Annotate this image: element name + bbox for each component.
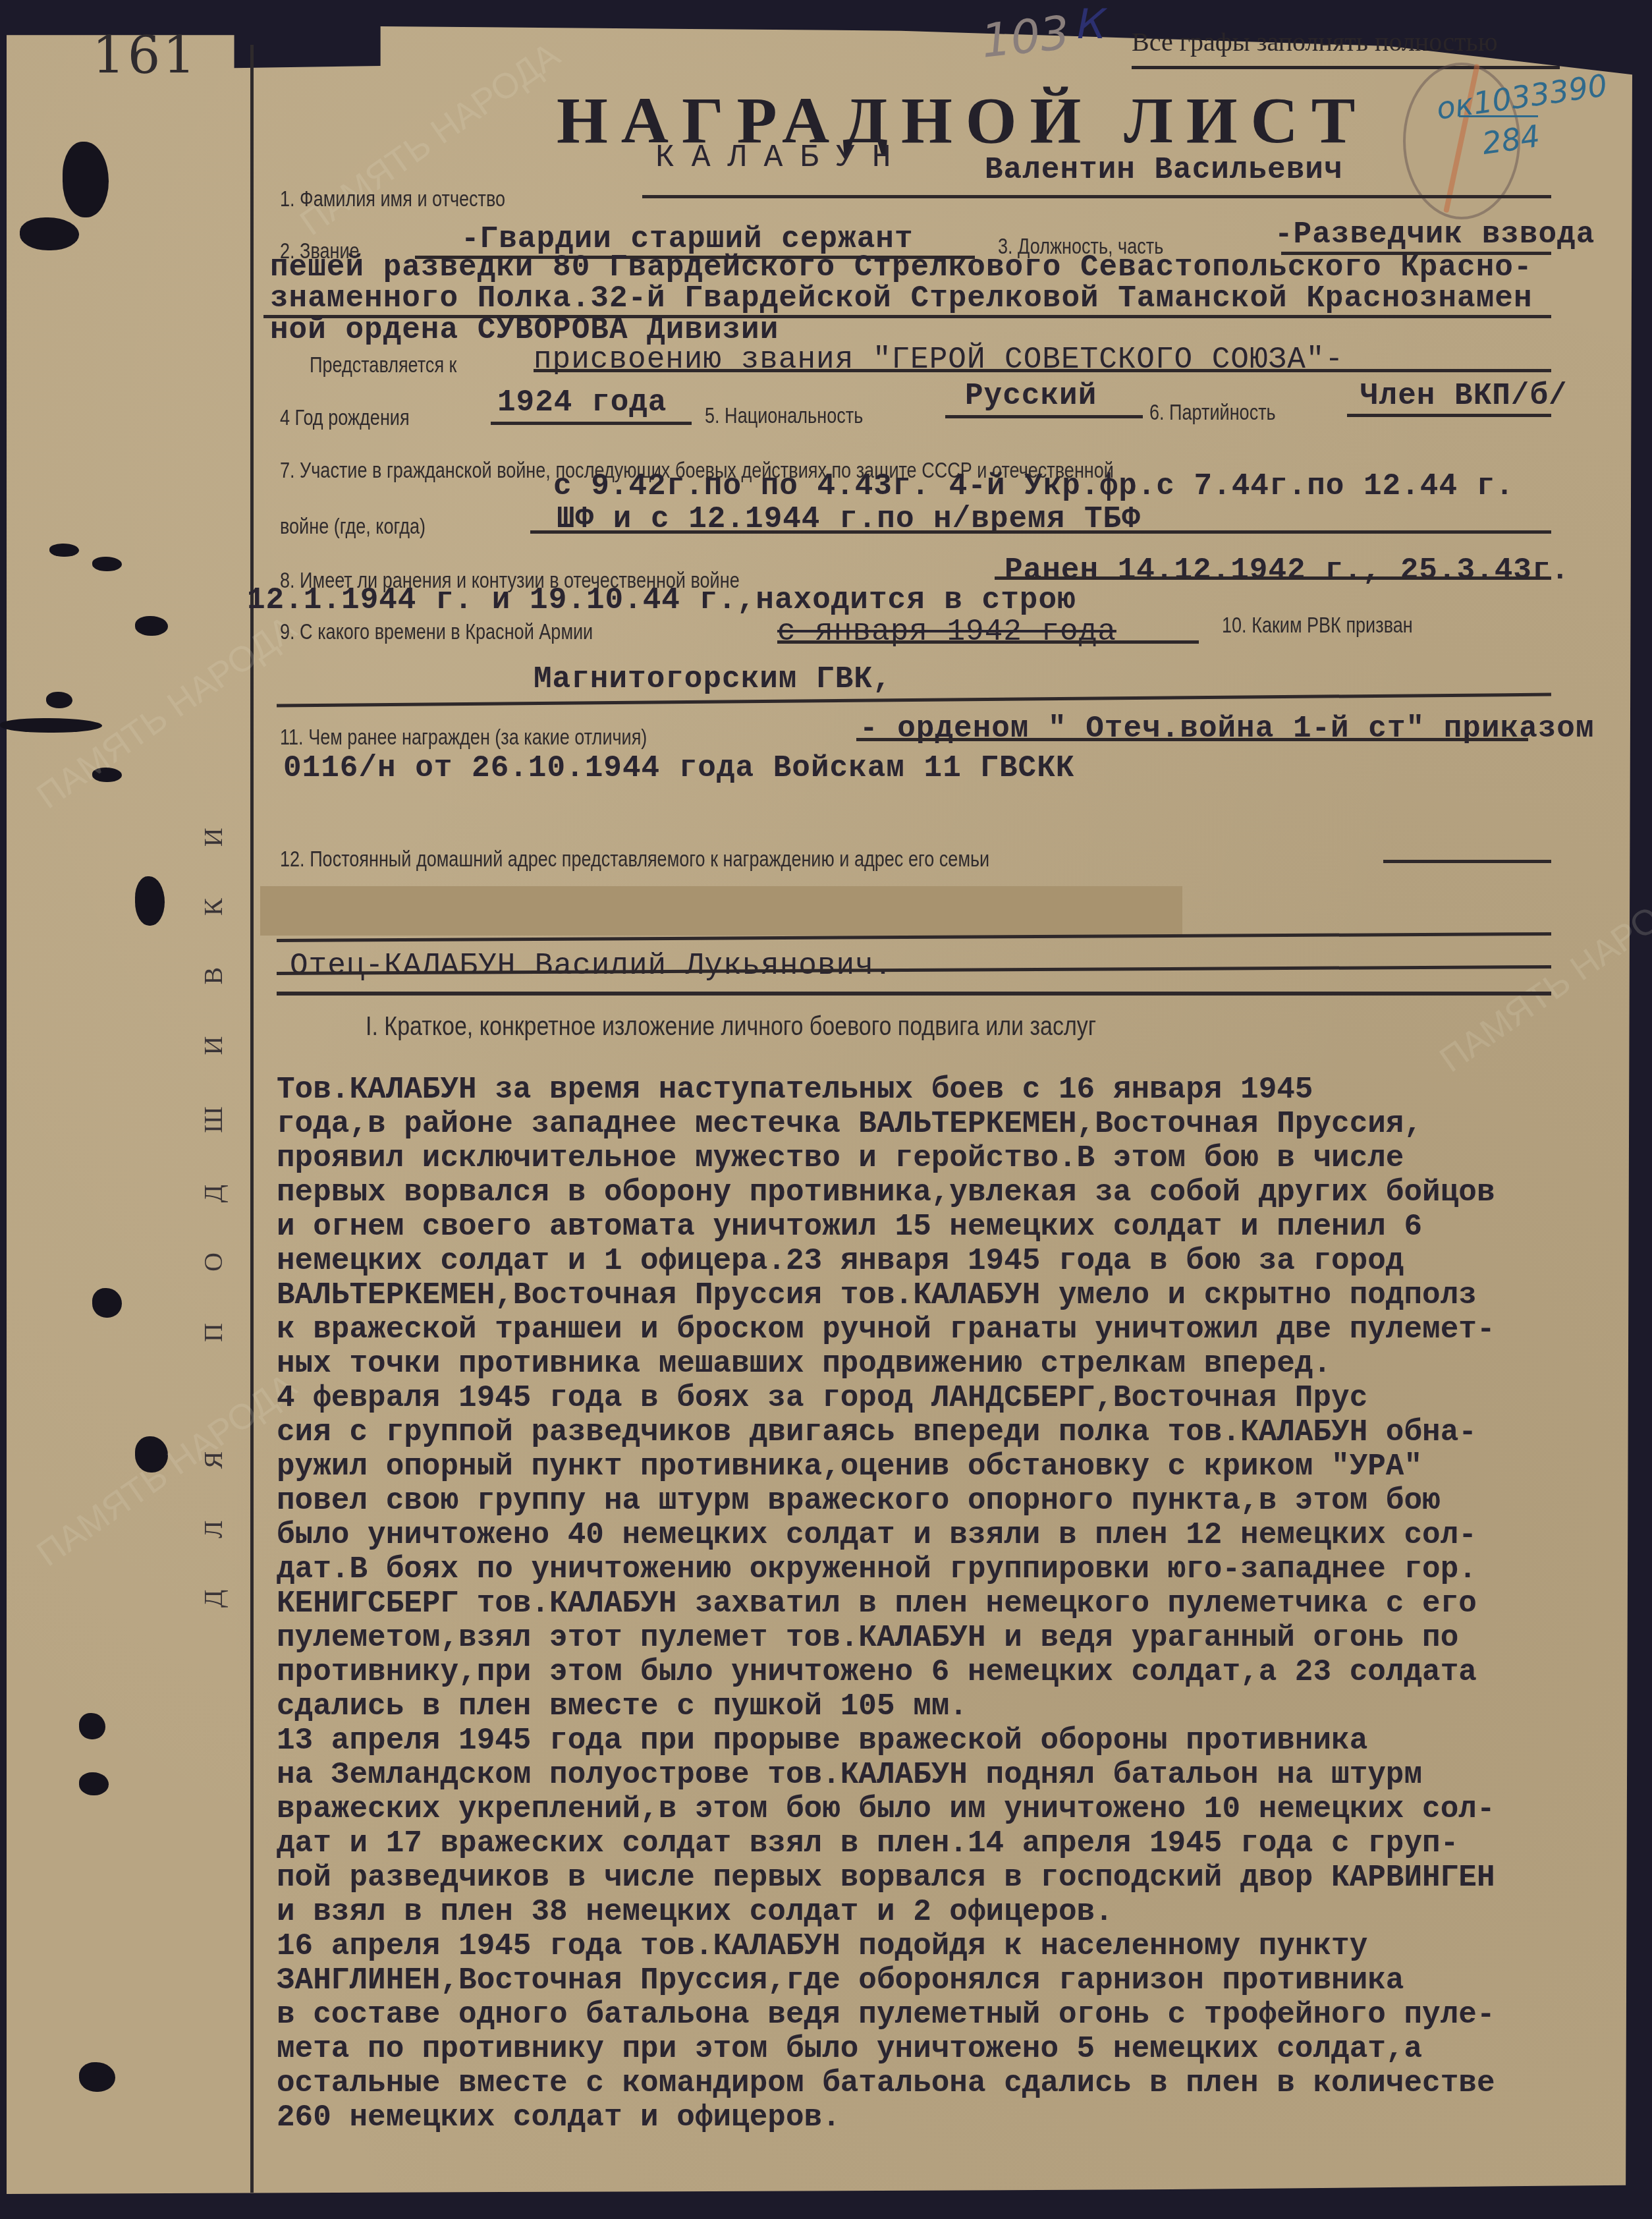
pencil-note-103: 103 <box>979 5 1072 69</box>
narrative-line: дат.В боях по уничтожению окруженной гру… <box>277 1552 1477 1587</box>
punch-hole <box>135 876 165 926</box>
narrative-line: и взял в плен 38 немецких солдат и 2 офи… <box>277 1895 1113 1929</box>
narrative-line: повел свою группу на штурм вражеского оп… <box>277 1484 1441 1518</box>
position-value: -Разведчик взвода <box>1275 217 1595 252</box>
field-7-line <box>530 530 1551 534</box>
position-cont-1: пешей разведки 80 Гвардейского Стрелково… <box>270 250 1533 285</box>
punch-hole <box>135 1436 168 1473</box>
field-12-label: 12. Постоянный домашний адрес представля… <box>280 847 989 872</box>
section-divider <box>277 992 1551 996</box>
narrative-line: ных точки противника мешавших продвижени… <box>277 1347 1331 1381</box>
field-6-label: 6. Партийность <box>1149 400 1276 425</box>
narrative-line: было уничтожено 40 немецких солдат и взя… <box>277 1518 1477 1552</box>
prior-award-value-2: 0116/н от 26.10.1944 года Войскам 11 ГВС… <box>283 751 1074 785</box>
field-10-label: 10. Каким РВК призван <box>1222 613 1413 638</box>
narrative-line: КЕНИГСБЕРГ тов.КАЛАБУН захватил в плен н… <box>277 1587 1477 1621</box>
narrative-line: 13 апреля 1945 года при прорыве вражеско… <box>277 1724 1367 1758</box>
narrative-line: 16 апреля 1945 года тов.КАЛАБУН подойдя … <box>277 1929 1367 1963</box>
punch-hole <box>46 692 72 708</box>
margin-vertical-label: ДЛЯ ПОДШИВКИ <box>198 776 229 1608</box>
narrative-line: проявил исключительное мужество и геройс… <box>277 1141 1404 1175</box>
header-note-underline <box>1132 66 1560 69</box>
presented-label: Представляется к <box>310 352 456 378</box>
narrative-line: Тов.КАЛАБУН за время наступательных боев… <box>277 1073 1313 1107</box>
narrative-line: 260 немецких солдат и офицеров. <box>277 2100 840 2135</box>
punch-hole <box>79 1772 109 1795</box>
party-value: Член ВКП/б/ <box>1360 379 1568 413</box>
field-1-label: 1. Фамилия имя и отчество <box>280 186 505 211</box>
draft-office-value: Магнитогорским ГВК, <box>534 662 892 696</box>
narrative-line: ЗАНГЛИНЕН,Восточная Пруссия,где оборонял… <box>277 1963 1404 1998</box>
surname-value: КАЛАБУН <box>655 140 908 176</box>
position-cont-2: знаменного Полка.32-й Гвардейской Стрелк… <box>270 281 1533 316</box>
wounds-value-1: Ранен 14.12.1942 г., 25.3.43г. <box>1005 553 1570 588</box>
field-9-label: 9. С какого времени в Красной Армии <box>280 619 593 644</box>
punch-hole <box>79 2062 115 2092</box>
narrative-line: 4 февраля 1945 года в боях за город ЛАНД… <box>277 1381 1367 1415</box>
blue-mark-k: К <box>1077 0 1106 48</box>
field-9-line <box>777 640 1199 644</box>
narrative-line: мета по противнику при этом было уничтож… <box>277 2032 1422 2066</box>
narrative-line: первых ворвался в оборону противника,увл… <box>277 1175 1495 1210</box>
redacted-address <box>260 886 1182 936</box>
punch-hole <box>135 616 168 636</box>
narrative-line: дат и 17 вражеских солдат взял в плен.14… <box>277 1826 1458 1861</box>
birth-year-value: 1924 года <box>497 385 667 420</box>
punch-hole <box>79 1713 105 1739</box>
narrative-line: сия с группой разведчиков двигаясь впере… <box>277 1415 1477 1449</box>
narrative-line: вражеских укреплений,в этом бою было им … <box>277 1792 1495 1826</box>
field-5-line <box>945 415 1143 418</box>
field-4-label: 4 Год рождения <box>280 405 410 430</box>
narrative-line: противнику,при этом было уничтожено 6 не… <box>277 1655 1477 1689</box>
narrative-line: сдались в плен вместе с пушкой 105 мм. <box>277 1689 968 1724</box>
field-4-line <box>491 422 692 425</box>
punch-hole <box>92 557 122 571</box>
narrative-line: ружил опорный пункт противника,оценив об… <box>277 1449 1422 1484</box>
narrative-line: остальные вместе с командиром батальона … <box>277 2066 1495 2100</box>
punch-hole <box>92 1288 122 1318</box>
field-5-label: 5. Национальность <box>705 403 863 428</box>
narrative-line: пой разведчиков в числе первых ворвался … <box>277 1861 1495 1895</box>
header-note: Все графы заполнять полностью <box>1132 26 1498 57</box>
war-participation-value-1: с 9.42г.по по 4.43г. 4-й Укр.фр.с 7.44г.… <box>553 469 1514 503</box>
punch-hole <box>63 142 109 217</box>
field-11-label: 11. Чем ранее награжден (за какие отличи… <box>280 725 647 750</box>
narrative-line: и огнем своего автомата уничтожил 15 нем… <box>277 1210 1422 1244</box>
narrative-line: немецких солдат и 1 офицера.23 января 19… <box>277 1244 1404 1278</box>
field-7-label-2: войне (где, когда) <box>280 514 426 539</box>
punch-hole <box>20 217 79 250</box>
family-value: Отец-КАЛАБУН Василий Лукьянович. <box>290 949 893 983</box>
wounds-value-2: 12.1.1944 г. и 19.10.44 г.,находится в с… <box>247 583 1076 617</box>
narrative-heading: I. Краткое, конкретное изложение личного… <box>366 1012 1096 1042</box>
presented-line <box>534 369 1551 372</box>
punch-hole <box>92 768 122 782</box>
field-11-line <box>856 738 1528 741</box>
narrative-line: ВАЛЬТЕРКЕМЕН,Восточная Пруссия тов.КАЛАБ… <box>277 1278 1477 1312</box>
field-12-line <box>1383 860 1551 863</box>
narrative-line: года,в районе западнее местечка ВАЛЬТЕРК… <box>277 1107 1422 1141</box>
narrative-line: пулеметом,взял этот пулемет тов.КАЛАБУН … <box>277 1621 1458 1655</box>
full-name-value: Валентин Васильевич <box>985 153 1343 187</box>
field-1-line <box>642 195 1551 198</box>
field-6-line <box>1347 414 1551 417</box>
punch-hole <box>49 544 79 557</box>
archive-code-divider <box>1459 115 1538 117</box>
margin-rule <box>250 45 254 2193</box>
service-since-value: с января 1942 года <box>777 615 1116 649</box>
page-number: 161 <box>92 26 198 86</box>
punch-hole <box>0 718 102 733</box>
field-8-line <box>995 576 1551 580</box>
nationality-value: Русский <box>965 379 1097 413</box>
narrative-line: в составе одного батальона ведя пулеметн… <box>277 1998 1495 2032</box>
narrative-line: на Земландском полуострове тов.КАЛАБУН п… <box>277 1758 1422 1792</box>
narrative-line: к вражеской траншеи и броском ручной гра… <box>277 1312 1495 1347</box>
